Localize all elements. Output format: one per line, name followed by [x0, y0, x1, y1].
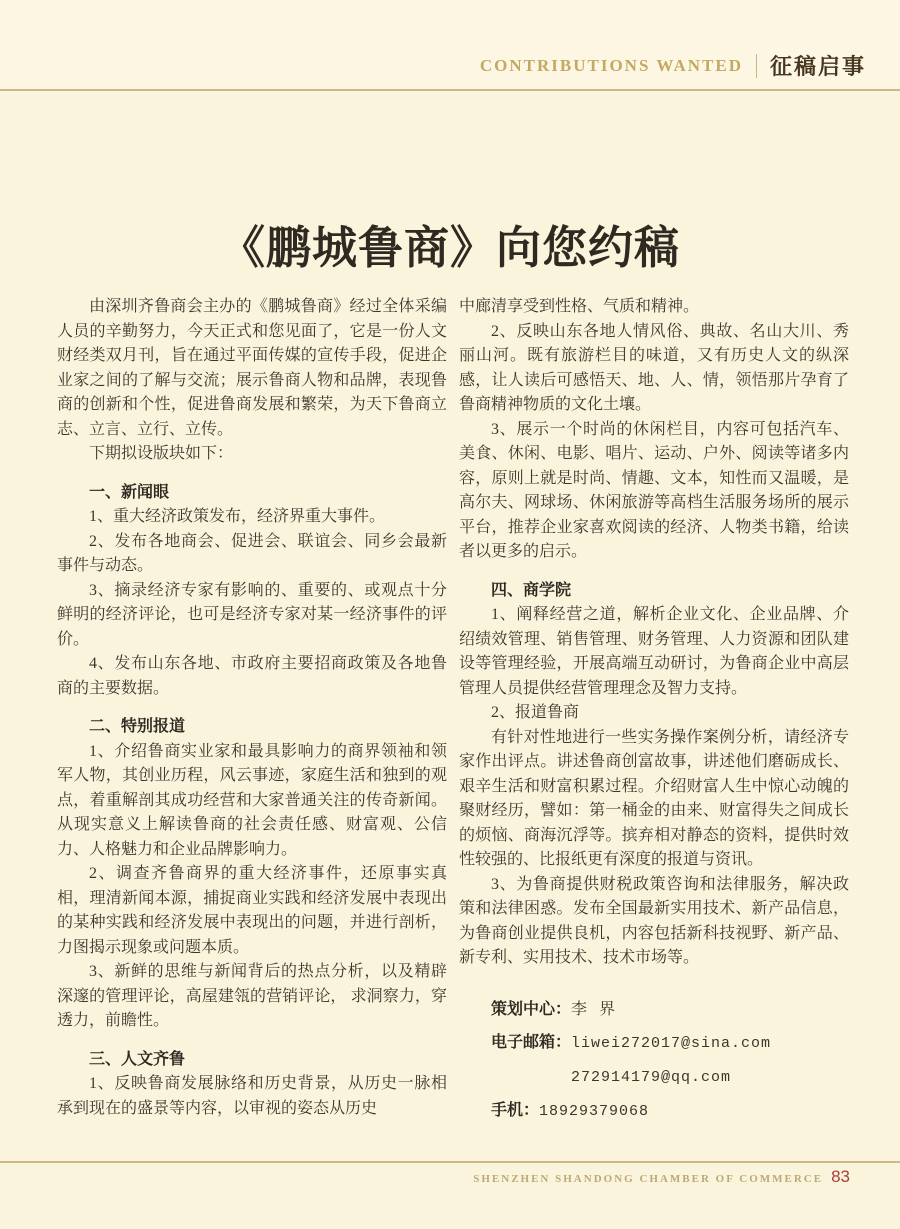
body-paragraph: 3、展示一个时尚的休闲栏目，内容可包括汽车、美食、休闲、电影、唱片、运动、户外、…	[459, 418, 849, 565]
section-heading: 二、特别报道	[57, 715, 447, 740]
section-heading: 三、人文齐鲁	[57, 1048, 447, 1073]
header-english-label: CONTRIBUTIONS WANTED	[480, 56, 743, 76]
contact-line: 策划中心：李 界	[491, 993, 849, 1026]
contact-value: liwei272017@sina.com	[571, 1035, 771, 1052]
body-paragraph: 2、反映山东各地人情风俗、典故、名山大川、秀丽山河。既有旅游栏目的味道，又有历史…	[459, 320, 849, 418]
section-heading: 一、新闻眼	[57, 481, 447, 506]
contact-value: 18929379068	[539, 1103, 649, 1120]
contact-line: 272914179@qq.com	[491, 1060, 849, 1094]
body-paragraph: 3、摘录经济专家有影响的、重要的、或观点十分鲜明的经济评论，也可是经济专家对某一…	[57, 579, 447, 653]
footer-rule	[0, 1161, 900, 1163]
contact-line: 电子邮箱：liwei272017@sina.com	[491, 1026, 849, 1060]
body-paragraph: 1、介绍鲁商实业家和最具影响力的商界领袖和领军人物，其创业历程，风云事迹，家庭生…	[57, 740, 447, 863]
page-header: CONTRIBUTIONS WANTED 征稿启事	[480, 50, 866, 81]
contact-line: 手机：18929379068	[491, 1094, 849, 1128]
body-paragraph: 2、报道鲁商	[459, 701, 849, 726]
contact-value: 272914179@qq.com	[571, 1069, 731, 1086]
body-paragraph: 4、发布山东各地、市政府主要招商政策及各地鲁商的主要数据。	[57, 652, 447, 701]
body-paragraph: 3、为鲁商提供财税政策咨询和法律服务，解决政策和法律困惑。发布全国最新实用技术、…	[459, 873, 849, 971]
contact-block: 策划中心：李 界电子邮箱：liwei272017@sina.com2729141…	[459, 993, 849, 1128]
contact-value: 李 界	[571, 1001, 619, 1018]
body-paragraph: 下期拟设版块如下：	[57, 442, 447, 467]
page-number: 83	[831, 1167, 850, 1187]
right-column: 中廊清享受到性格、气质和精神。2、反映山东各地人情风俗、典故、名山大川、秀丽山河…	[459, 295, 849, 1128]
contact-label: 手机：	[491, 1102, 539, 1119]
body-paragraph: 3、新鲜的思维与新闻背后的热点分析，以及精辟深邃的管理评论，高屋建瓴的营销评论，…	[57, 960, 447, 1034]
footer-english-label: SHENZHEN SHANDONG CHAMBER OF COMMERCE	[473, 1173, 823, 1185]
page-title: 《鹏城鲁商》向您约稿	[0, 211, 900, 276]
body-paragraph: 中廊清享受到性格、气质和精神。	[459, 295, 849, 320]
contact-label: 电子邮箱：	[491, 1034, 571, 1051]
page-footer: SHENZHEN SHANDONG CHAMBER OF COMMERCE 83	[473, 1167, 850, 1187]
header-chinese-label: 征稿启事	[770, 50, 866, 81]
body-paragraph: 2、发布各地商会、促进会、联谊会、同乡会最新事件与动态。	[57, 530, 447, 579]
body-paragraph: 2、调查齐鲁商界的重大经济事件，还原事实真相，理清新闻本源，捕捉商业实践和经济发…	[57, 862, 447, 960]
header-divider	[756, 54, 757, 78]
body-paragraph: 1、重大经济政策发布，经济界重大事件。	[57, 505, 447, 530]
article-body: 由深圳齐鲁商会主办的《鹏城鲁商》经过全体采编人员的辛勤努力，今天正式和您见面了，…	[57, 295, 849, 1128]
header-rule	[0, 89, 900, 91]
body-paragraph: 1、阐释经营之道，解析企业文化、企业品牌、介绍绩效管理、销售管理、财务管理、人力…	[459, 603, 849, 701]
left-column: 由深圳齐鲁商会主办的《鹏城鲁商》经过全体采编人员的辛勤努力，今天正式和您见面了，…	[57, 295, 447, 1128]
section-heading: 四、商学院	[459, 579, 849, 604]
body-paragraph: 有针对性地进行一些实务操作案例分析，请经济专家作出评点。讲述鲁商创富故事，讲述他…	[459, 726, 849, 873]
body-paragraph: 由深圳齐鲁商会主办的《鹏城鲁商》经过全体采编人员的辛勤努力，今天正式和您见面了，…	[57, 295, 447, 442]
contact-label: 策划中心：	[491, 1001, 571, 1018]
body-paragraph: 1、反映鲁商发展脉络和历史背景，从历史一脉相承到现在的盛景等内容，以审视的姿态从…	[57, 1072, 447, 1121]
